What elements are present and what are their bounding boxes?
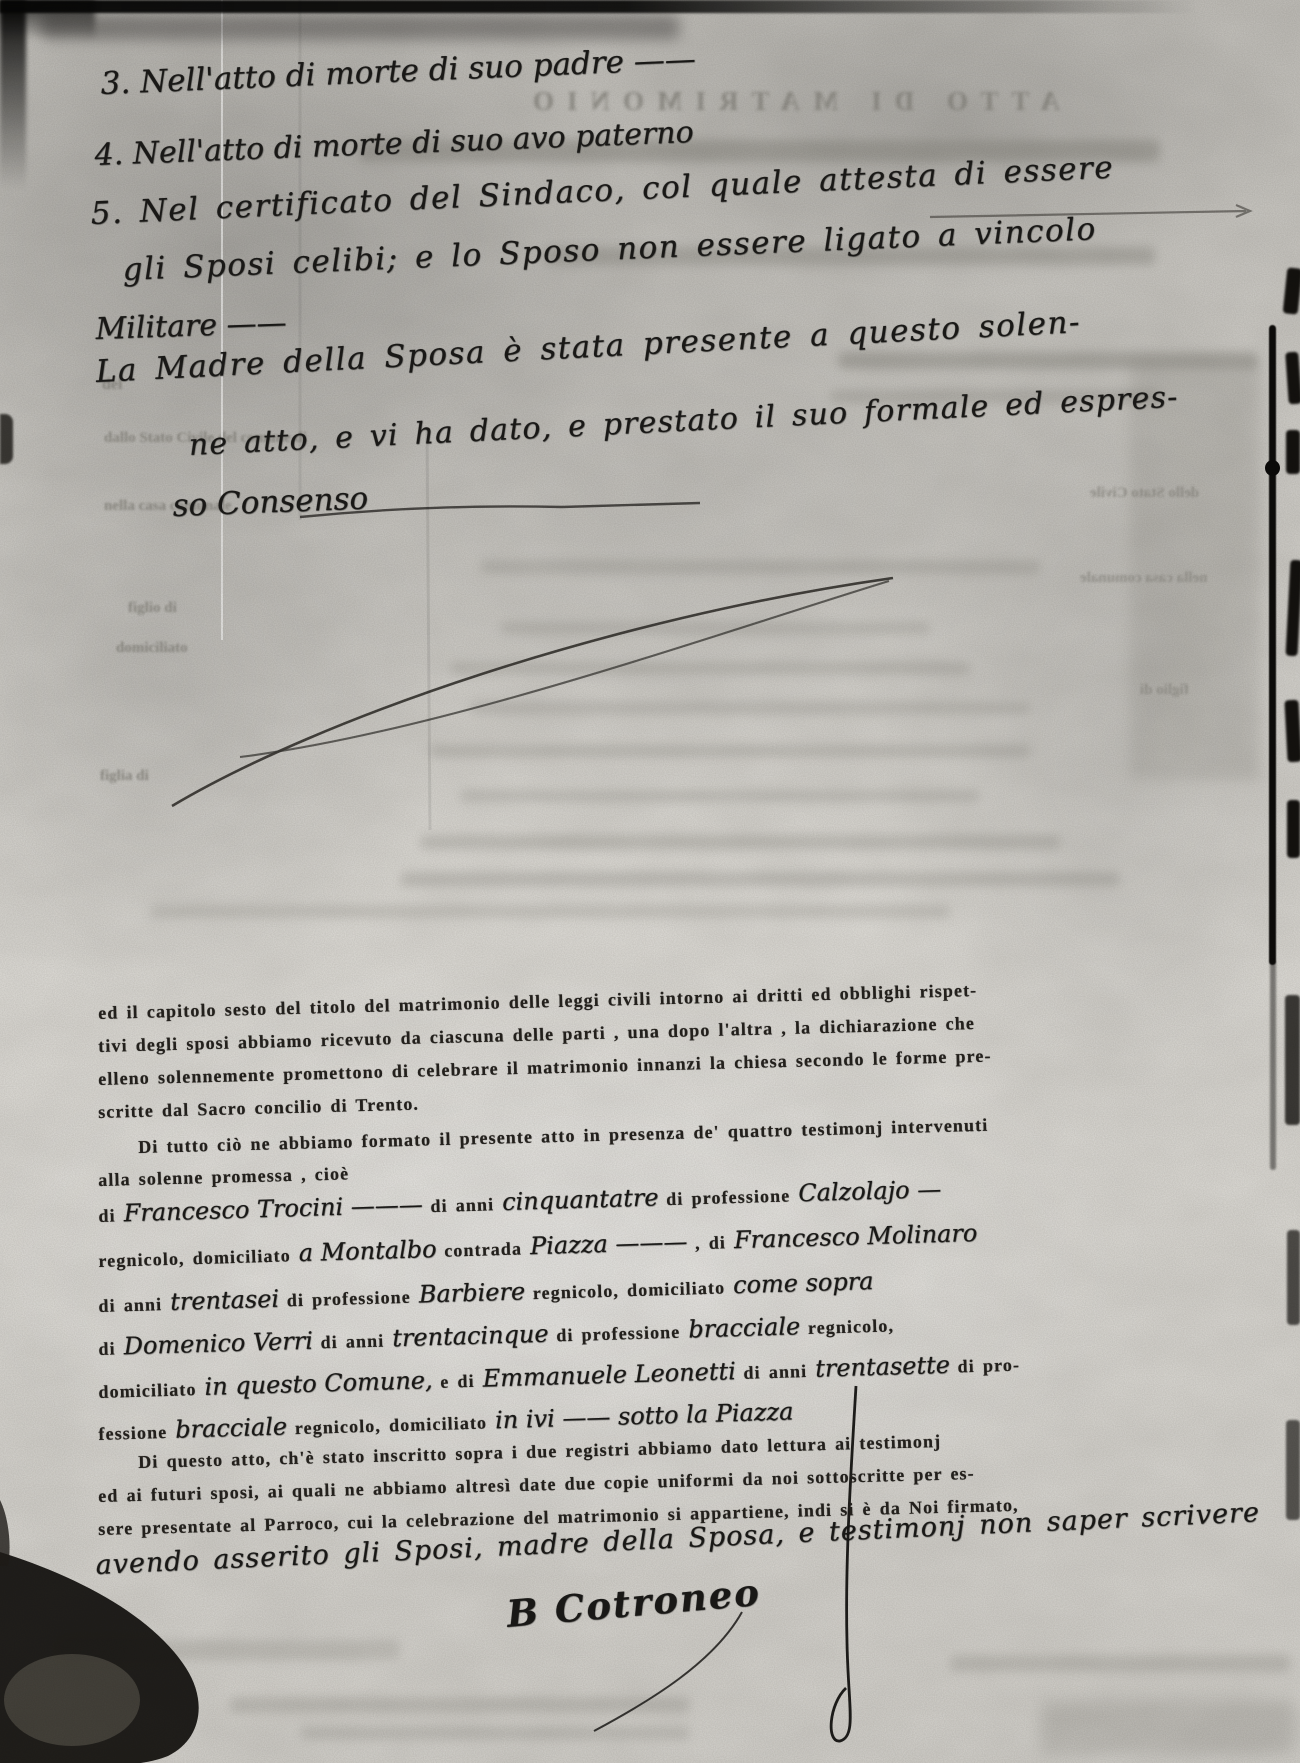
handwritten-note-line: so Consenso [172, 480, 369, 523]
print-segment: regnicolo, domiciliato [295, 1412, 496, 1438]
print-segment: di pro- [957, 1355, 1020, 1377]
print-segment: contrada [444, 1238, 530, 1261]
print-segment: di anni [430, 1194, 502, 1216]
print-segment: fessione [98, 1422, 175, 1444]
pencil-curve [240, 581, 889, 757]
print-segment: di professione [556, 1321, 689, 1345]
print-segment: di anni [743, 1361, 815, 1383]
print-segment: regnicolo, [808, 1315, 895, 1338]
print-segment: di professione [287, 1286, 420, 1310]
print-segment: di anni [98, 1294, 170, 1316]
hand-segment: Barbiere [418, 1277, 533, 1308]
fold-line [427, 430, 430, 830]
handwritten-note-line: Militare —— [95, 305, 287, 347]
hand-segment: a Montalbo [298, 1235, 444, 1267]
top-edge-band [0, 0, 1300, 13]
print-segment: regnicolo, domiciliato [533, 1277, 734, 1303]
hand-segment: trentacinque [392, 1319, 557, 1352]
binding-edge-line [1269, 325, 1276, 965]
binding-edge-line [1270, 960, 1276, 1170]
hand-segment: trentasette [815, 1351, 958, 1383]
top-left-corner-shadow [0, 0, 95, 40]
scanned-document-page: ATTO DI MATRIMONIO del dallo Stato Civil… [0, 0, 1300, 1763]
hand-segment: Calzolajo — [798, 1175, 942, 1207]
hand-segment: Piazza ——— [530, 1227, 696, 1260]
adjacent-page-fragment [1284, 700, 1300, 763]
binding-edge-knot [1265, 460, 1280, 476]
adjacent-page-fragment [1286, 430, 1300, 474]
hand-segment: bracciale [175, 1412, 295, 1444]
print-segment: regnicolo, domiciliato [98, 1245, 299, 1271]
adjacent-page-fragment [1287, 800, 1300, 858]
top-edge-smudge [40, 14, 680, 40]
hand-segment: come sopra [733, 1267, 874, 1299]
hand-segment: Domenico Verri [123, 1326, 321, 1360]
hand-segment: bracciale [688, 1312, 808, 1344]
signature-flourish [594, 1612, 742, 1731]
print-segment: di professione [666, 1185, 799, 1209]
adjacent-page-fragment [1287, 1230, 1300, 1325]
left-edge-ink-blob [0, 414, 13, 464]
adjacent-page-fragment [1286, 1420, 1300, 1520]
print-segment: di anni [320, 1330, 392, 1352]
hand-segment: cinquantatre [502, 1183, 667, 1216]
hand-segment: trentasei [170, 1284, 287, 1315]
adjacent-page-fragment [1285, 995, 1300, 1125]
print-segment: e di [440, 1371, 483, 1392]
print-segment: di [98, 1205, 124, 1226]
print-segment: di [98, 1338, 124, 1359]
adjacent-page-fragment [1285, 352, 1300, 405]
print-segment: domiciliato [98, 1379, 205, 1402]
print-segment: , di [695, 1232, 735, 1253]
